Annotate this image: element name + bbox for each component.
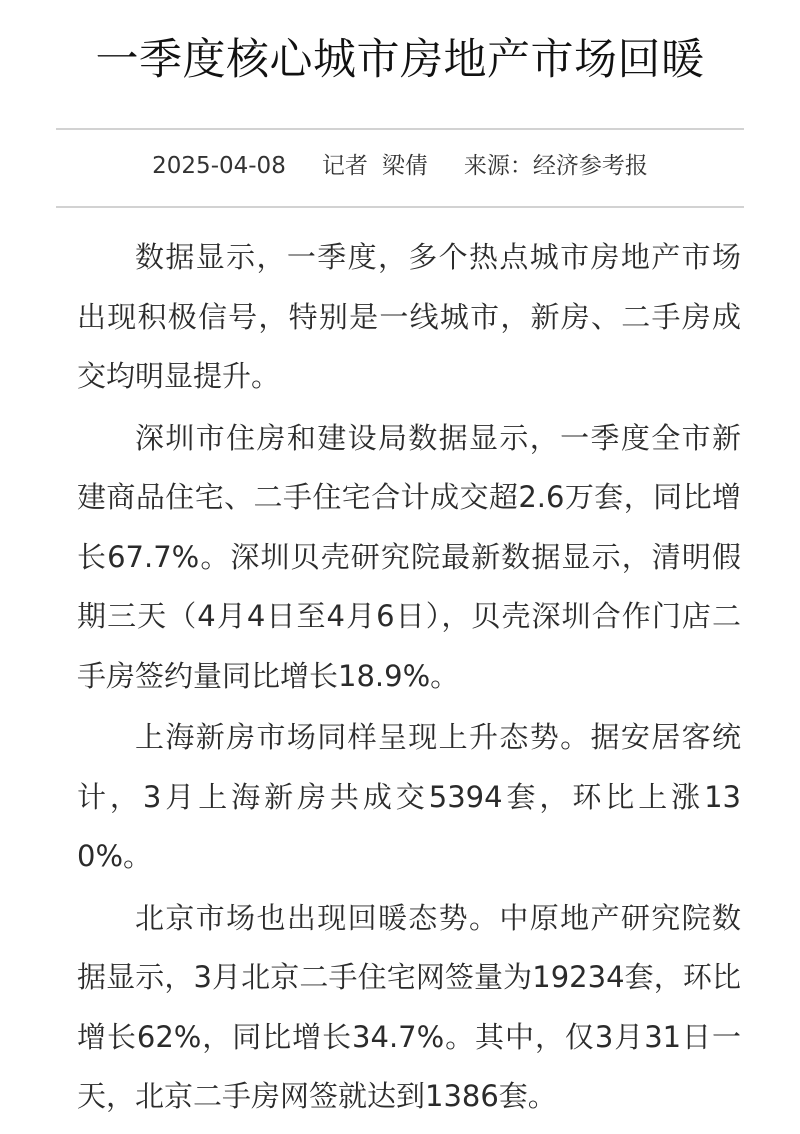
reporter-label: 记者 bbox=[322, 148, 368, 184]
article-source: 来源：经济参考报 bbox=[464, 148, 648, 184]
paragraph-shenzhen: 深圳市住房和建设局数据显示，一季度全市新建商品住宅、二手住宅合计成交超2.6万套… bbox=[77, 409, 741, 707]
article-body: 数据显示，一季度，多个热点城市房地产市场出现积极信号，特别是一线城市，新房、二手… bbox=[77, 228, 741, 1129]
header-divider-bottom bbox=[56, 206, 744, 208]
header-divider-top bbox=[56, 128, 744, 130]
paragraph-beijing: 北京市场也出现回暖态势。中原地产研究院数据显示，3月北京二手住宅网签量为1923… bbox=[77, 889, 741, 1127]
reporter-name: 梁倩 bbox=[382, 148, 428, 184]
paragraph-shanghai: 上海新房市场同样呈现上升态势。据安居客统计，3月上海新房共成交5394套，环比上… bbox=[77, 708, 741, 887]
article-title: 一季度核心城市房地产市场回暖 bbox=[0, 30, 800, 90]
article-meta: 2025-04-08记者梁倩来源：经济参考报 bbox=[0, 148, 800, 184]
publish-date: 2025-04-08 bbox=[152, 148, 286, 184]
paragraph-overview: 数据显示，一季度，多个热点城市房地产市场出现积极信号，特别是一线城市，新房、二手… bbox=[77, 228, 741, 407]
